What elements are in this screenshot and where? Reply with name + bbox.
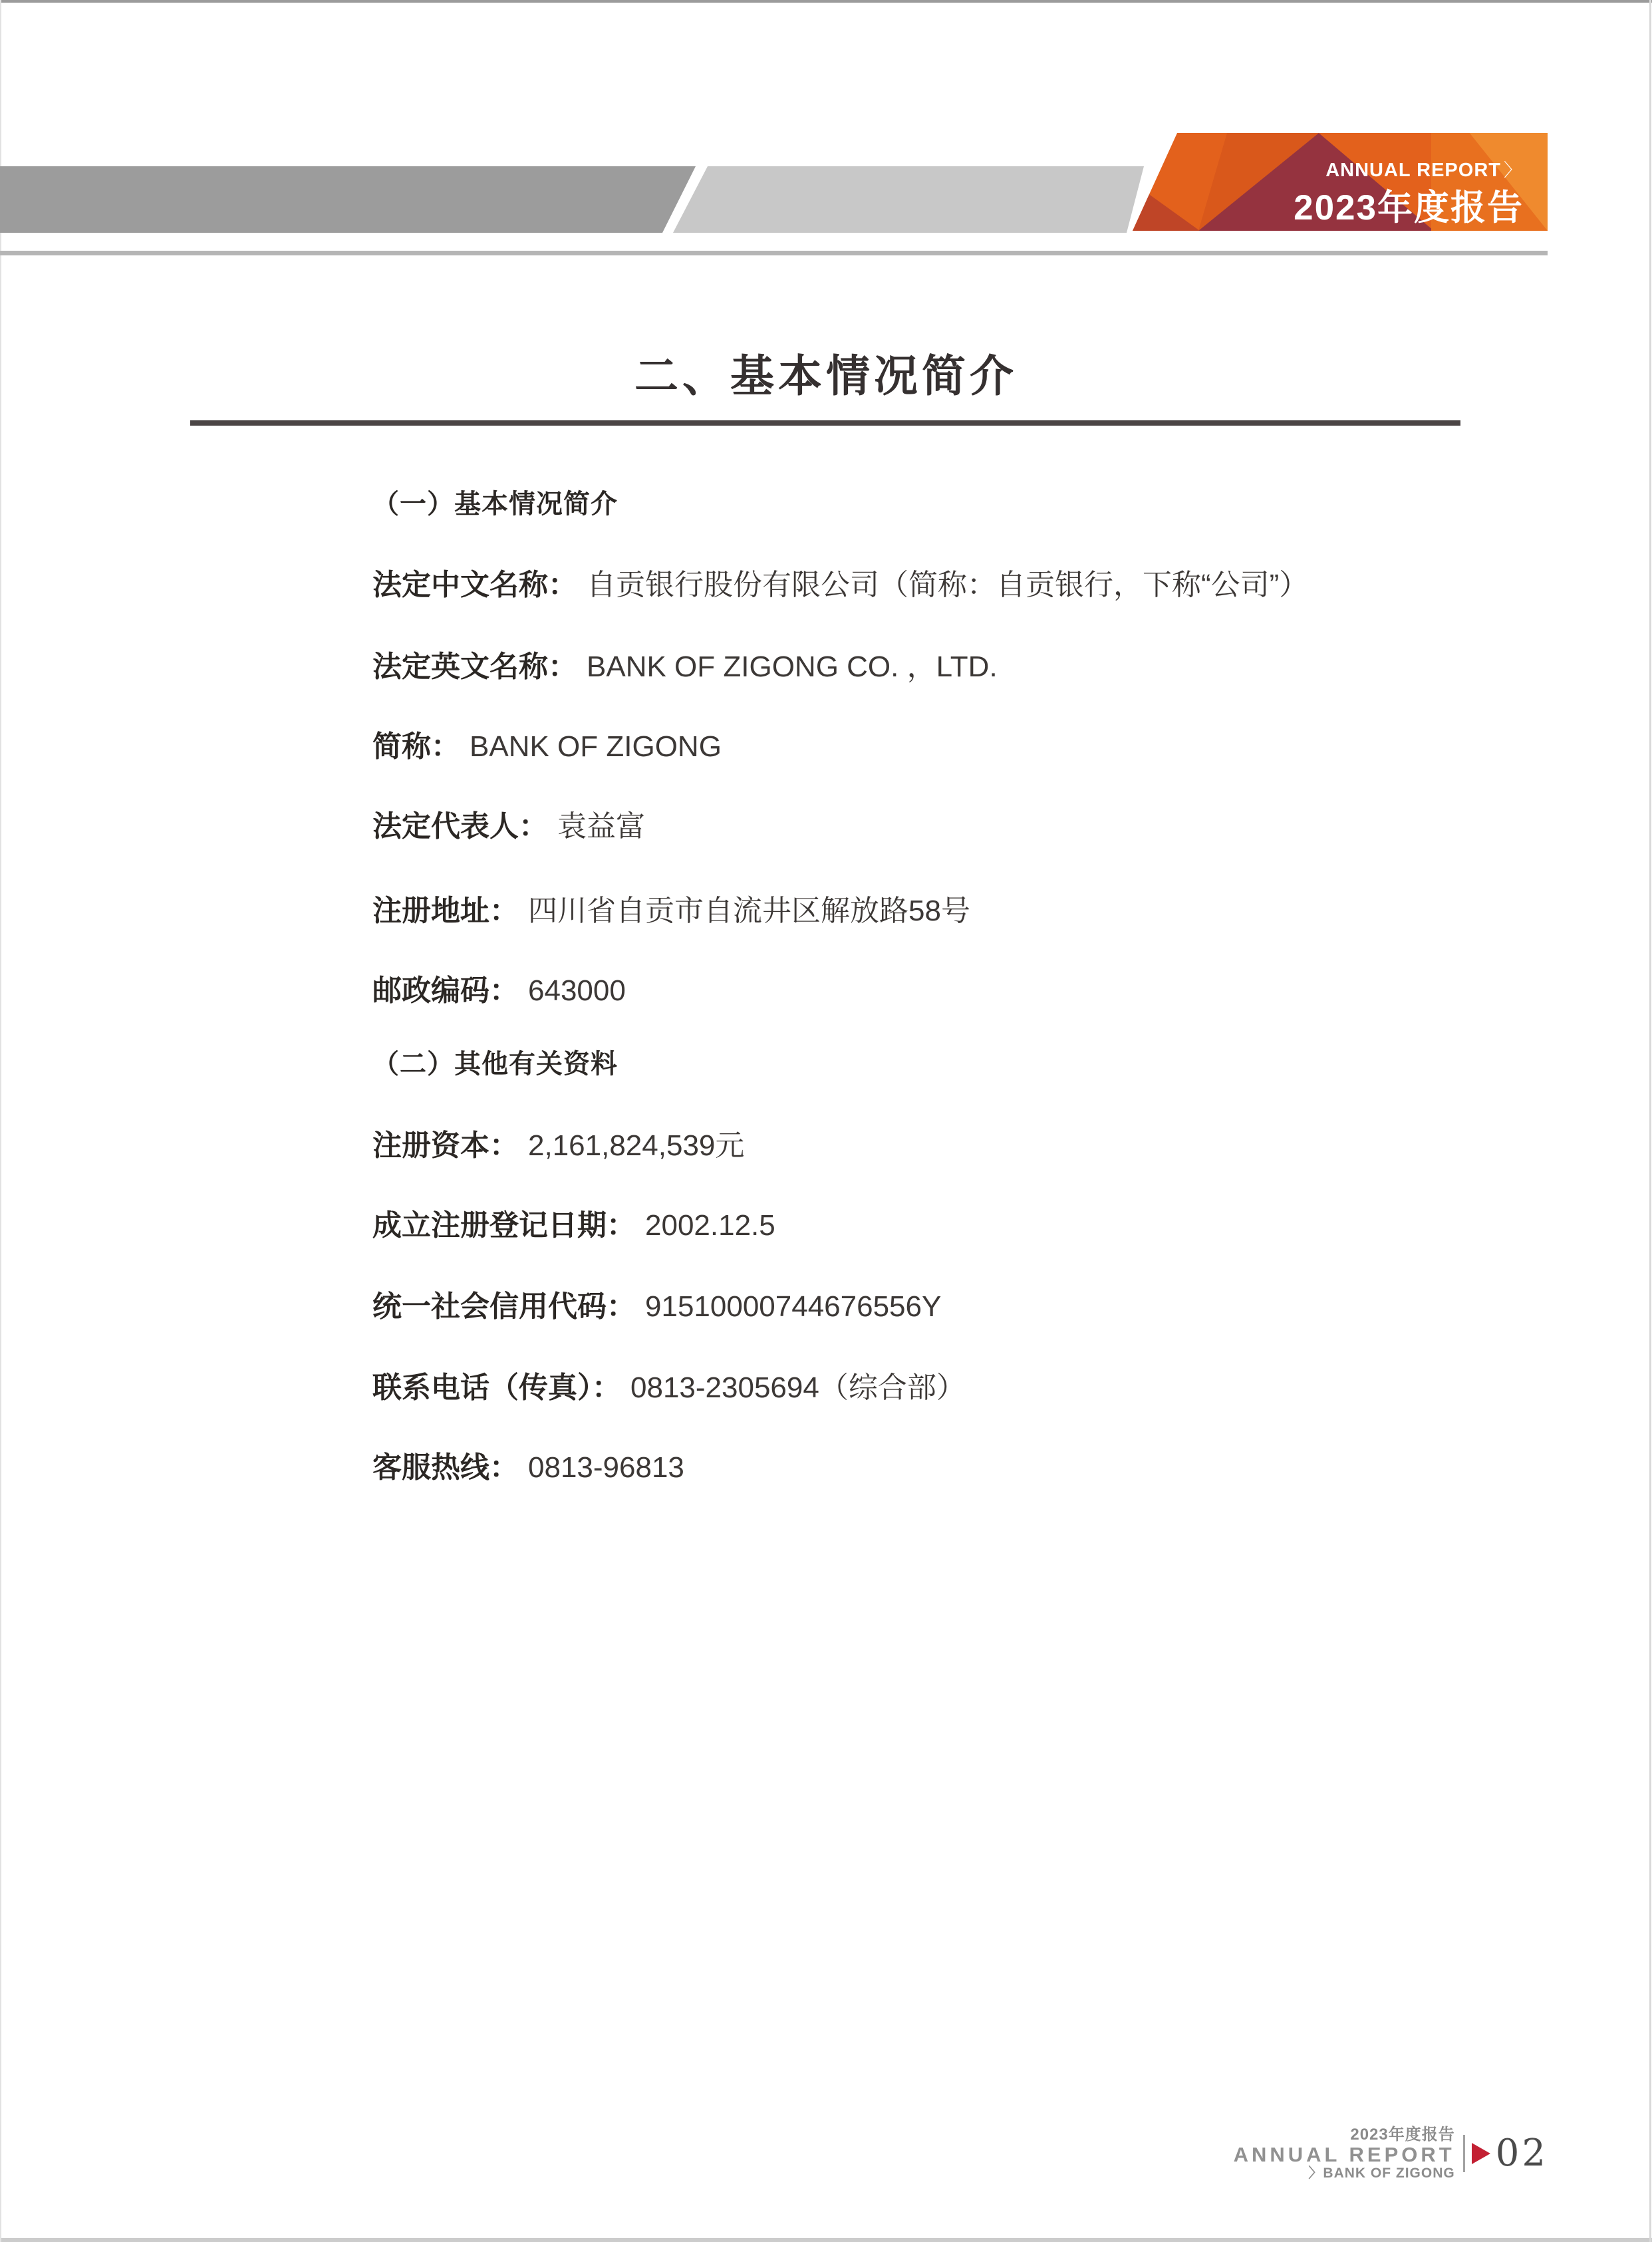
report-page: ANNUAL REPORT〉 2023年度报告 二、基本情况简介 （一）基本情况…: [0, 0, 1652, 2242]
page-left-edge: [0, 0, 1, 2242]
annual-report-banner: ANNUAL REPORT〉 2023年度报告: [1131, 133, 1548, 231]
field-legal-english-name: 法定英文名称：BANK OF ZIGONG CO. ，LTD.: [372, 650, 998, 684]
field-legal-representative: 法定代表人：袁益富: [372, 809, 645, 844]
page-bottom-edge: [0, 2238, 1652, 2242]
page-title: 二、基本情况简介: [0, 352, 1652, 400]
field-value: 袁益富: [557, 810, 645, 843]
red-triangle-icon: [1472, 2143, 1490, 2164]
footer-text-block: 2023年度报告 ANNUAL REPORT 〉BANK OF ZIGONG: [1234, 2126, 1455, 2181]
page-right-edge: [1649, 0, 1651, 2242]
header-dark-gray-bar: [0, 166, 696, 233]
header-light-gray-bar: [673, 166, 1144, 233]
field-label: 注册地址：: [372, 895, 519, 927]
field-label: 联系电话（传真）：: [372, 1371, 621, 1404]
title-underline: [190, 420, 1460, 426]
field-contact-phone: 联系电话（传真）：0813-2305694（综合部）: [372, 1371, 966, 1405]
field-postal-code: 邮政编码：643000: [372, 974, 626, 1008]
field-value: 2,161,824,539元: [528, 1129, 744, 1162]
field-service-hotline: 客服热线：0813-96813: [372, 1451, 684, 1485]
footer-report-year: 2023年度报告: [1350, 2126, 1454, 2143]
field-credit-code: 统一社会信用代码：91510000744676556Y: [372, 1290, 941, 1324]
field-label: 成立注册登记日期：: [372, 1209, 636, 1242]
field-label: 法定代表人：: [372, 810, 548, 843]
section-2-heading: （二）其他有关资料: [372, 1048, 618, 1080]
footer-annual-report: ANNUAL REPORT: [1234, 2144, 1455, 2165]
header-rule: [0, 251, 1548, 255]
field-label: 邮政编码：: [372, 974, 519, 1007]
field-short-name: 简称：BANK OF ZIGONG: [372, 730, 722, 764]
banner-title: 2023年度报告: [1294, 180, 1524, 230]
field-label: 简称：: [372, 730, 460, 763]
field-registered-capital: 注册资本：2,161,824,539元: [372, 1129, 744, 1163]
page-number: 02: [1496, 2135, 1548, 2172]
field-label: 统一社会信用代码：: [372, 1290, 636, 1323]
field-registered-address: 注册地址：四川省自贡市自流井区解放路58号: [372, 894, 970, 928]
page-footer: 2023年度报告 ANNUAL REPORT 〉BANK OF ZIGONG 0…: [1234, 2132, 1548, 2175]
footer-bank-name: 〉BANK OF ZIGONG: [1308, 2166, 1454, 2181]
section-1-heading: （一）基本情况简介: [372, 488, 618, 520]
chevron-right-icon: 〉: [1504, 160, 1522, 180]
field-value: 自贡银行股份有限公司（简称：自贡银行，下称“公司”）: [587, 569, 1308, 601]
field-value: 四川省自贡市自流井区解放路58号: [528, 895, 970, 927]
footer-divider: [1463, 2135, 1465, 2172]
field-label: 注册资本：: [372, 1129, 519, 1162]
field-label: 客服热线：: [372, 1451, 519, 1484]
field-value: 2002.12.5: [645, 1209, 775, 1242]
field-value: 0813-2305694（综合部）: [630, 1371, 966, 1404]
page-top-edge: [0, 0, 1652, 3]
field-label: 法定中文名称：: [372, 569, 577, 601]
field-legal-chinese-name: 法定中文名称：自贡银行股份有限公司（简称：自贡银行，下称“公司”）: [372, 568, 1308, 603]
banner-kicker: ANNUAL REPORT〉: [1325, 156, 1522, 182]
field-value: 643000: [528, 974, 626, 1007]
field-registration-date: 成立注册登记日期：2002.12.5: [372, 1208, 775, 1243]
field-value: BANK OF ZIGONG: [470, 730, 722, 763]
banner-kicker-text: ANNUAL REPORT: [1325, 160, 1501, 181]
field-value: 0813-96813: [528, 1451, 684, 1484]
field-value: BANK OF ZIGONG CO. ，LTD.: [587, 650, 998, 683]
field-label: 法定英文名称：: [372, 650, 577, 683]
field-value: 91510000744676556Y: [645, 1290, 941, 1323]
